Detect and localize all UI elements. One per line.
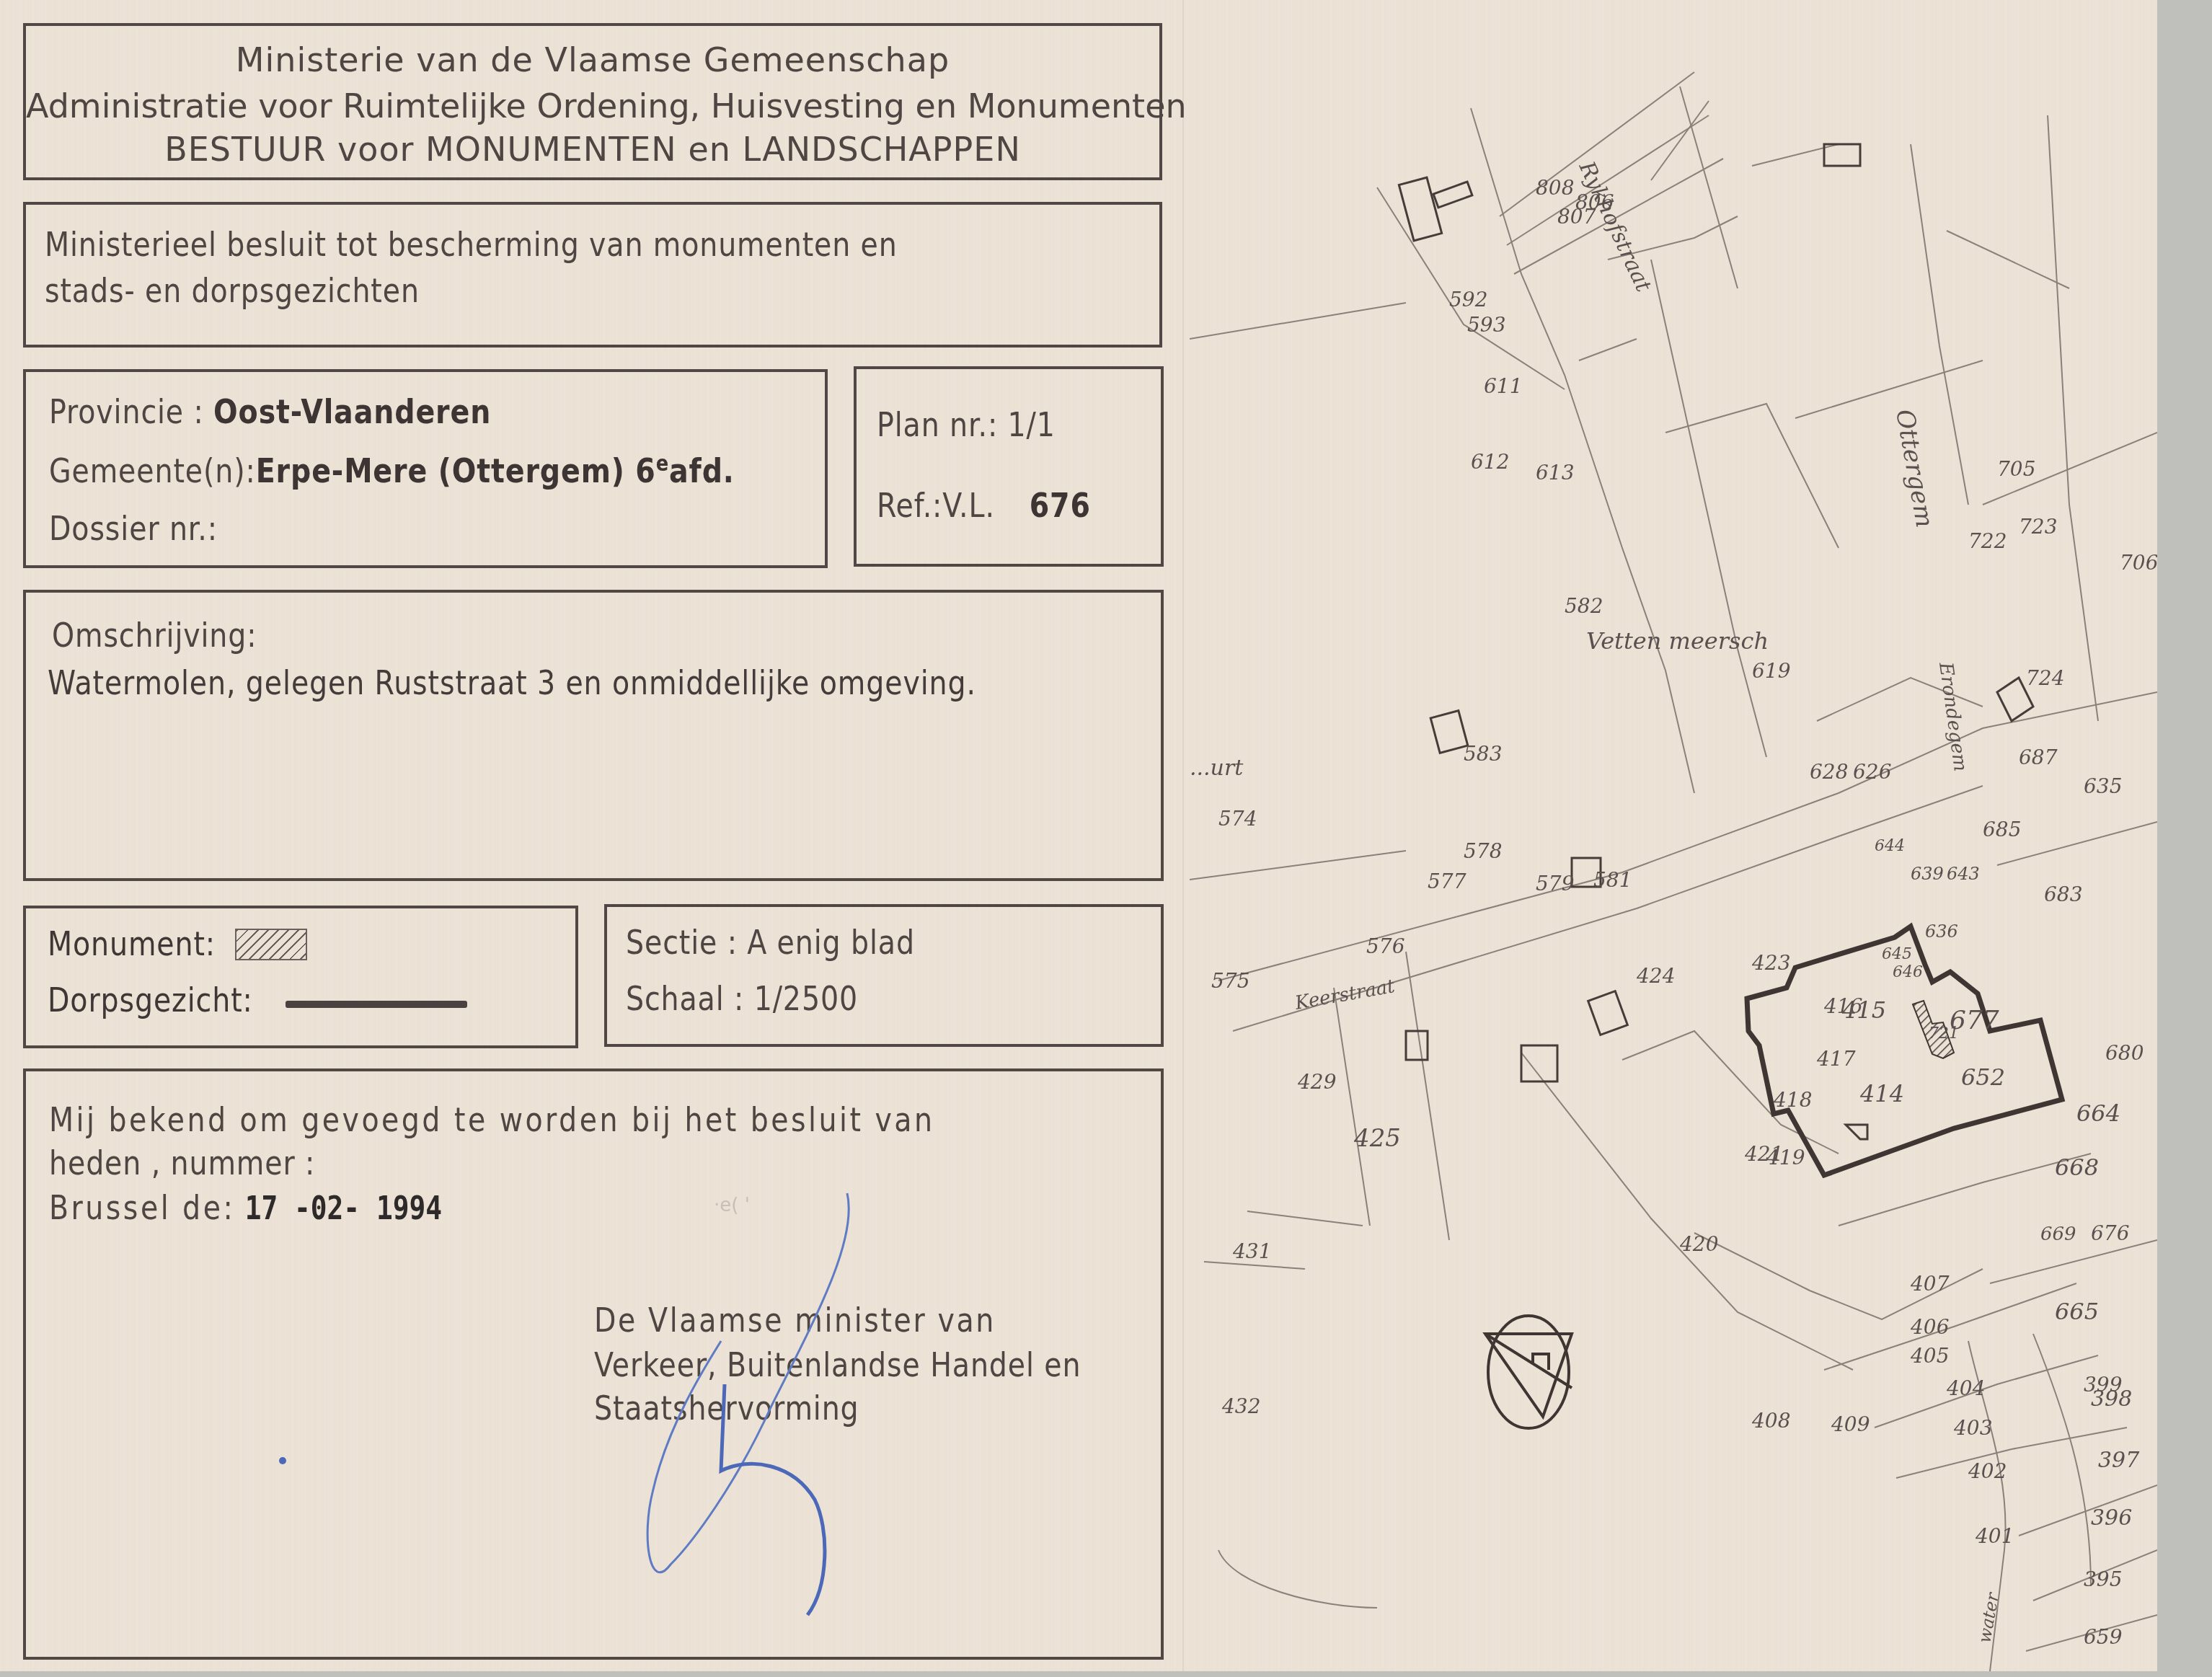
street-label-keerstraat: Keerstraat (1293, 975, 1397, 1014)
north-arrow-icon (1485, 1316, 1572, 1428)
svg-text:808: 808 (1536, 176, 1574, 200)
svg-text:417: 417 (1816, 1047, 1856, 1071)
svg-text:583: 583 (1464, 742, 1502, 766)
schaal-field: Schaal : 1/2500 (626, 979, 858, 1018)
monument-label: Monument: (48, 924, 216, 963)
dossier-label: Dossier nr.: (49, 509, 218, 548)
ministry-name: Ministerie van de Vlaamse Gemeenschap (26, 40, 1159, 79)
svg-text:402: 402 (1968, 1459, 2007, 1483)
place-label-urt: ...urt (1190, 756, 1244, 781)
svg-text:683: 683 (2044, 882, 2082, 906)
svg-text:664: 664 (2076, 1099, 2120, 1127)
svg-text:582: 582 (1565, 594, 1603, 618)
svg-text:575: 575 (1211, 969, 1249, 993)
svg-text:405: 405 (1910, 1344, 1949, 1368)
svg-text:579: 579 (1536, 872, 1574, 895)
svg-text:424: 424 (1636, 964, 1675, 988)
svg-text:416: 416 (1823, 994, 1862, 1018)
fold-line (1182, 0, 1184, 1671)
svg-text:806: 806 (1575, 190, 1614, 214)
parcel-numbers: 808 807 806 592 593 611 612 613 582 583 … (1211, 176, 2157, 1649)
svg-text:420: 420 (1679, 1232, 1718, 1256)
svg-text:431: 431 (1232, 1239, 1271, 1263)
svg-text:685: 685 (1983, 818, 2021, 841)
signature-box: Mij bekend om gevoegd te worden bij het … (23, 1068, 1164, 1660)
svg-text:639: 639 (1911, 864, 1944, 884)
ref-label: Ref.:V.L. (877, 486, 995, 525)
map-drawing: Rykhofstraat Ottergem Vetten meersch Ero… (1190, 0, 2157, 1671)
svg-text:706: 706 (2120, 551, 2157, 575)
plan-box: Plan nr.: 1/1 Ref.:V.L. 676 (854, 366, 1164, 567)
svg-text:722: 722 (1968, 529, 2007, 553)
svg-text:628: 628 (1810, 760, 1848, 784)
minister-line-1: De Vlaamse minister van (594, 1301, 996, 1340)
provincie-label: Provincie : (49, 392, 204, 431)
minister-line-2: Verkeer, Buitenlandse Handel en (594, 1345, 1081, 1384)
svg-text:723: 723 (2019, 515, 2057, 539)
schaal-label: Schaal : (626, 979, 744, 1018)
svg-text:429: 429 (1297, 1070, 1336, 1094)
administration-name: Administratie voor Ruimtelijke Ordening,… (26, 87, 1159, 125)
svg-text:395: 395 (2084, 1567, 2122, 1591)
decree-line-2: stads- en dorpsgezichten (45, 271, 420, 310)
svg-text:613: 613 (1536, 461, 1574, 484)
svg-text:401: 401 (1975, 1524, 2014, 1548)
svg-text:409: 409 (1831, 1412, 1870, 1436)
brussel-label: Brussel de: (49, 1188, 235, 1227)
cadastral-map: Rykhofstraat Ottergem Vetten meersch Ero… (1190, 0, 2157, 1671)
svg-text:619: 619 (1752, 659, 1790, 683)
svg-text:576: 576 (1366, 934, 1404, 958)
acknowledgement-line-2: heden , nummer : (49, 1143, 315, 1182)
ministry-header-box: Ministerie van de Vlaamse Gemeenschap Ad… (23, 23, 1162, 180)
svg-text:408: 408 (1751, 1409, 1790, 1433)
svg-text:574: 574 (1218, 807, 1257, 831)
description-label: Omschrijving: (52, 616, 257, 655)
description-text: Watermolen, gelegen Ruststraat 3 en onmi… (48, 663, 976, 702)
street-label-erondegem: Erondegem (1934, 660, 1971, 773)
svg-text:418: 418 (1773, 1088, 1812, 1112)
svg-text:578: 578 (1464, 839, 1502, 863)
svg-text:414: 414 (1859, 1080, 1904, 1107)
svg-text:626: 626 (1853, 760, 1891, 784)
svg-text:665: 665 (2055, 1298, 2099, 1325)
gemeente-sup: e (656, 451, 669, 477)
svg-text:581: 581 (1593, 868, 1632, 892)
decree-box: Ministerieel besluit tot bescherming van… (23, 202, 1162, 348)
department-name: BESTUUR voor MONUMENTEN en LANDSCHAPPEN (26, 130, 1159, 169)
svg-text:425: 425 (1353, 1124, 1401, 1153)
gemeente-suffix: afd. (669, 451, 735, 490)
gemeente-value: Erpe-Mere (Ottergem) 6 (256, 451, 656, 490)
svg-text:396: 396 (2091, 1505, 2132, 1531)
svg-text:676: 676 (2091, 1221, 2129, 1245)
sectie-value: A enig blad (747, 923, 915, 962)
plan-field: Plan nr.: 1/1 (877, 405, 1056, 444)
gemeente-label: Gemeente(n): (49, 451, 256, 490)
plan-value: 1/1 (1008, 405, 1056, 444)
svg-text:652: 652 (1961, 1063, 2005, 1091)
svg-text:397: 397 (2098, 1448, 2140, 1473)
svg-text:611: 611 (1484, 374, 1522, 398)
svg-text:432: 432 (1221, 1394, 1260, 1418)
minister-line-3: Staatshervorming (594, 1389, 859, 1428)
svg-text:612: 612 (1471, 450, 1509, 474)
description-box: Omschrijving: Watermolen, gelegen Rustst… (23, 590, 1164, 881)
dorpsgezicht-line-swatch (286, 1001, 467, 1008)
ref-field: Ref.:V.L. 676 (877, 486, 1091, 525)
acknowledgement-line-1: Mij bekend om gevoegd te worden bij het … (49, 1100, 934, 1139)
decree-line-1: Ministerieel besluit tot bescherming van… (45, 225, 898, 264)
svg-text:669: 669 (2040, 1224, 2076, 1245)
svg-text:644: 644 (1875, 837, 1905, 855)
svg-text:680: 680 (2105, 1041, 2144, 1065)
svg-text:646: 646 (1893, 963, 1923, 981)
schaal-value: 1/2500 (754, 979, 858, 1018)
svg-text:668: 668 (2055, 1154, 2099, 1181)
svg-text:659: 659 (2084, 1625, 2122, 1649)
svg-text:645: 645 (1882, 945, 1912, 963)
svg-text:593: 593 (1467, 313, 1505, 337)
ref-value: 676 (1030, 486, 1091, 525)
street-label-water: water (1974, 1590, 2003, 1645)
svg-text:407: 407 (1910, 1272, 1950, 1296)
svg-text:592: 592 (1449, 288, 1487, 311)
date-stamp: 17 -02- 1994 (245, 1190, 442, 1227)
svg-text:406: 406 (1910, 1315, 1949, 1339)
plan-label: Plan nr.: (877, 405, 998, 444)
svg-text:635: 635 (2084, 774, 2122, 798)
location-box: Provincie : Oost-Vlaanderen Gemeente(n):… (23, 369, 828, 568)
svg-text:721: 721 (1929, 1025, 1959, 1043)
svg-text:423: 423 (1751, 951, 1790, 975)
brussel-field: Brussel de: 17 -02- 1994 (49, 1188, 442, 1227)
svg-text:398: 398 (2091, 1386, 2132, 1412)
street-label-ottergem: Ottergem (1890, 407, 1939, 530)
svg-text:403: 403 (1953, 1416, 1992, 1440)
svg-text:687: 687 (2019, 745, 2058, 769)
svg-text:636: 636 (1925, 921, 1958, 942)
dorpsgezicht-label: Dorpsgezicht: (48, 981, 253, 1019)
svg-text:705: 705 (1997, 457, 2035, 481)
svg-text:404: 404 (1946, 1376, 1985, 1400)
svg-text:643: 643 (1947, 864, 1980, 884)
gemeente-field: Gemeente(n):Erpe-Mere (Ottergem) 6eafd. (49, 451, 735, 490)
svg-text:421: 421 (1744, 1142, 1783, 1166)
provincie-field: Provincie : Oost-Vlaanderen (49, 392, 491, 431)
legend-box: Monument: Dorpsgezicht: (23, 906, 578, 1048)
svg-text:724: 724 (2026, 666, 2064, 690)
monument-hatch-swatch (235, 929, 307, 960)
sectie-field: Sectie : A enig blad (626, 923, 915, 962)
provincie-value: Oost-Vlaanderen (213, 392, 491, 431)
section-box: Sectie : A enig blad Schaal : 1/2500 (604, 904, 1164, 1047)
place-label-vetten-meersch: Vetten meersch (1586, 627, 1769, 655)
svg-text:577: 577 (1428, 870, 1466, 893)
sectie-label: Sectie : (626, 923, 738, 962)
